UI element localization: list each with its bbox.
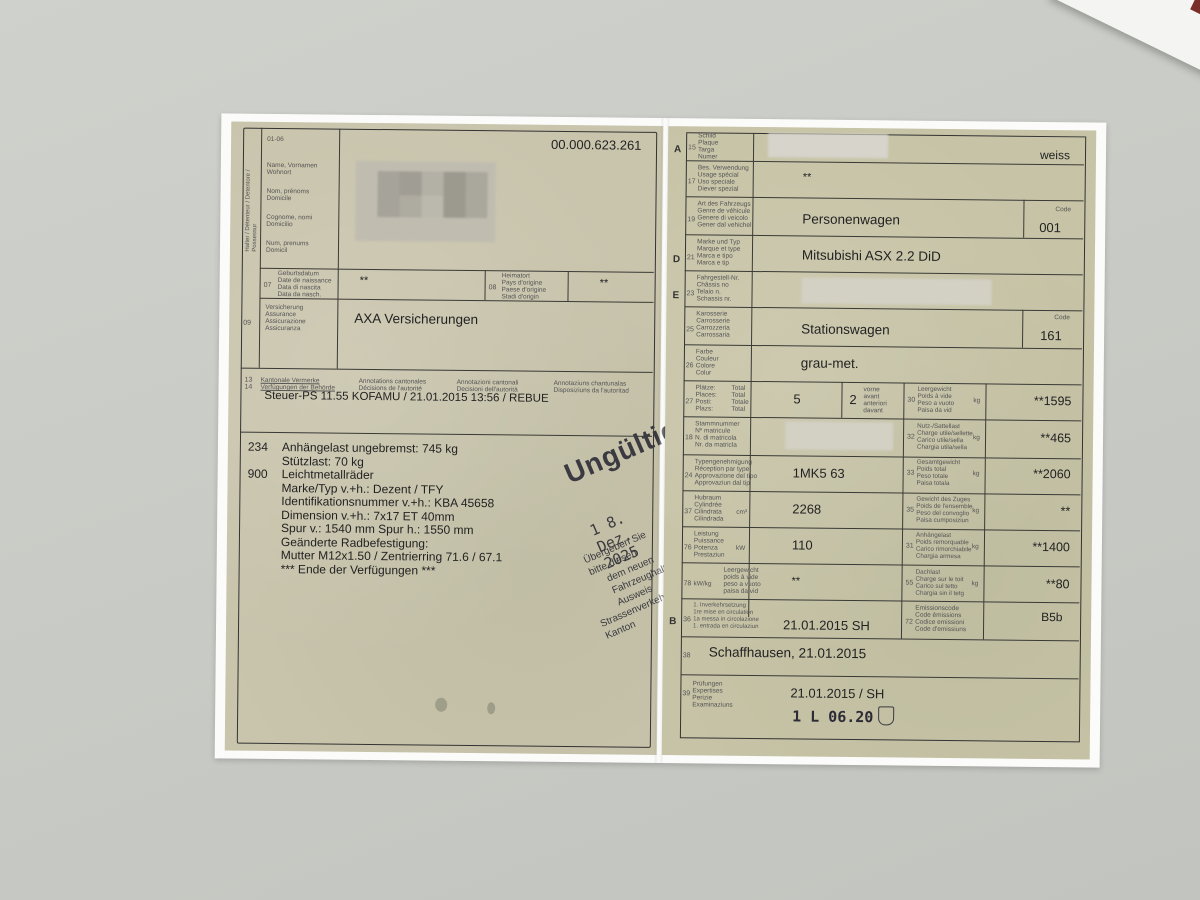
holder-section-label: Halter / Détenteur / Detentore / Possess… [245,142,256,252]
insurance-value: AXA Versicherungen [354,311,478,327]
field-37-number: 37 [684,508,692,515]
emission-code: B5b [1041,610,1063,624]
field-78-number: 78 [683,580,691,587]
field-76-unit: kW [736,545,745,552]
field-33-value: **2060 [1033,467,1071,481]
field-25-number: 25 [686,326,694,333]
field-55-unit: kg [971,580,978,587]
field-17-number: 17 [688,178,696,185]
field-26-label: Farbe Couleur Colore Colur [696,348,719,376]
holder-label-rm: Num, prenums Domicil [266,240,309,254]
make-model: Mitsubishi ASX 2.2 DiD [802,247,941,263]
canton-shield-icon [878,706,894,725]
field-30-unit: kg [973,397,980,404]
displacement: 2268 [792,501,821,516]
field-55-number: 55 [905,579,913,586]
field-37-unit: cm³ [736,509,747,516]
first-registration: 21.01.2015 SH [783,617,870,633]
field-01-06-label: 01-06 [267,136,284,143]
power: 110 [792,537,813,552]
plate-redacted [768,133,888,158]
field-21-label: Marke und Typ Marque et type Marca e tip… [697,238,741,266]
field-78-label: Leergewicht poids à vide peso a vuoto pa… [723,567,761,595]
field-72-number: 72 [905,619,913,626]
background-object [1051,0,1200,94]
field-23-label: Fahrgestell-Nr. Châssis no Telaio n. Sch… [696,274,739,302]
holder-label-de: Name, Vornamen Wohnort [267,162,318,177]
remarks-header-rm: Annotaziuns chantunalas Disposiziuns da … [553,380,628,395]
field-72-label: Emissionscode Code émissions Codice emis… [915,605,966,634]
serial-number: 00.000.623.261 [551,137,642,153]
field-24-number: 24 [685,472,693,479]
seats-front: 2 [849,392,856,407]
remark-code: 900 [248,467,282,481]
field-39-number: 39 [682,690,690,697]
right-page: A 15 Schild Plaque Targa Numer weiss 17 … [662,126,1097,759]
chassis-redacted [801,277,991,305]
power-weight: ** [791,575,800,587]
field-27-number: 27 [685,398,693,405]
field-55-label: Dachlast Charge sur le toit Carico sul t… [915,568,964,597]
field-32-unit: kg [973,434,980,441]
field-30-number: 30 [907,397,915,404]
section-e: E [672,290,679,301]
field-38-number: 38 [683,652,691,659]
field-19-code-label: Code [1055,206,1071,213]
stain-mark [435,698,447,712]
field-31-number: 31 [906,543,914,550]
field-30-label: Leergewicht Poids à vide Peso a vuoto Pa… [917,386,954,414]
field-19-number: 19 [687,216,695,223]
holder-label-it: Cognome, nomi Domicilio [266,214,312,228]
body-type-code: 161 [1040,328,1062,343]
field-37-label: Hubraum Cylindrée Cilindrata Cilindrada [694,494,724,522]
field-18-number: 18 [685,434,693,441]
plate-color: weiss [1040,148,1070,162]
field-19-label: Art des Fahrzeugs Genre de véhicule Gene… [697,200,751,229]
field-30-value: **1595 [1034,394,1072,408]
type-approval: 1MK5 63 [793,465,845,481]
field-17-label: Bes. Verwendung Usage spécial Uso specia… [698,164,749,193]
registration-document: Halter / Détenteur / Detentore / Possess… [215,113,1107,767]
field-35-unit: kg [972,507,979,514]
field-33-label: Gesamtgewicht Poids total Peso totale Pa… [917,459,961,487]
field-39-label: Prüfungen Expertises Perizie Examinaziun… [692,680,733,708]
field-24-label: Typengenehmigung Réception par type Appr… [695,458,758,487]
holder-label-fr: Nom, prénoms Domicile [266,188,309,202]
remark-text: Stützlast: 70 kg [282,454,364,469]
body-type: Stationswagen [801,321,890,337]
field-33-unit: kg [973,470,980,477]
field-31-value: **1400 [1032,540,1070,554]
remark-line: *** Ende der Verfügungen *** [247,561,436,577]
section-d: D [673,254,680,265]
remark-code: 234 [248,440,282,454]
field-23-number: 23 [687,290,695,297]
field-35-label: Gewicht des Zuges Poids de l'ensemble Pe… [916,495,972,524]
field-25-code-label: Code [1054,314,1070,321]
field-36-label: 1. Inverkehrsetzung 1re mise en circulat… [693,602,759,631]
matricule-redacted [785,421,893,450]
holder-name-redacted [355,161,496,242]
field-09-number: 09 [243,320,251,327]
field-07-value: ** [360,275,369,287]
field-35-value: ** [1060,504,1070,518]
weights-column: 30Leergewicht Poids à vide Peso a vuoto … [668,126,1096,130]
field-07-label: Geburtsdatum Date de naissance Data di n… [277,270,331,299]
field-21-number: 21 [687,254,695,261]
field-78-unit: kW/kg [693,580,711,587]
field-76-label: Leistung Puissance Potenza Prestaziun [694,530,725,558]
field-32-value: **465 [1040,430,1071,444]
field-31-unit: kg [972,543,979,550]
vehicle-type: Personenwagen [802,211,900,227]
field-14-number: 14 [244,384,252,391]
field-15-label: Schild Plaque Targa Numer [698,132,719,160]
field-09-label: Versicherung Assurance Assicurazione Ass… [265,304,306,332]
field-08-number: 08 [489,284,497,291]
remark-text: *** Ende der Verfügungen *** [281,562,436,578]
color-value: grau-met. [801,355,859,371]
field-18-label: Stammnummer Nº matricule N. di matricola… [695,420,740,448]
vehicle-type-code: 001 [1039,220,1061,235]
field-15-number: 15 [688,144,696,151]
field-27-total-label: Total Total Totale Total [731,385,749,413]
field-55-value: **80 [1046,577,1070,591]
section-b: B [669,616,676,627]
field-76-number: 76 [684,544,692,551]
left-page: Halter / Détenteur / Detentore / Possess… [225,121,664,754]
field-32-number: 32 [907,433,915,440]
field-26-number: 26 [686,362,694,369]
field-31-label: Anhängelast Poids remorquable Carico rim… [916,532,972,561]
field-27-label: Plätze: Places: Posti: Plazs: [695,384,717,412]
field-32-label: Nutz-/Sattellast Charge utile/sellette C… [917,422,973,451]
section-a: A [674,144,681,155]
field-25-label: Karosserie Carrosserie Carrozzeria Carro… [696,310,730,338]
stain-mark [487,702,495,714]
seats-total: 5 [793,391,800,406]
inspection-date: 21.01.2015 / SH [790,685,884,701]
seats-front-label: vorne avant anteriori davant [863,386,887,414]
field-08-label: Heimatort Pays d'origine Paese d'origine… [501,272,546,300]
issue-place-date: Schaffhausen, 21.01.2015 [709,645,867,662]
field-07-number: 07 [264,282,272,289]
inspection-stamp: 1 L 06.20 [792,707,873,726]
field-36-number: 36 [683,616,691,623]
field-17-value: ** [803,171,812,183]
field-08-value: ** [600,277,609,289]
field-33-number: 33 [907,470,915,477]
field-35-number: 35 [906,506,914,513]
